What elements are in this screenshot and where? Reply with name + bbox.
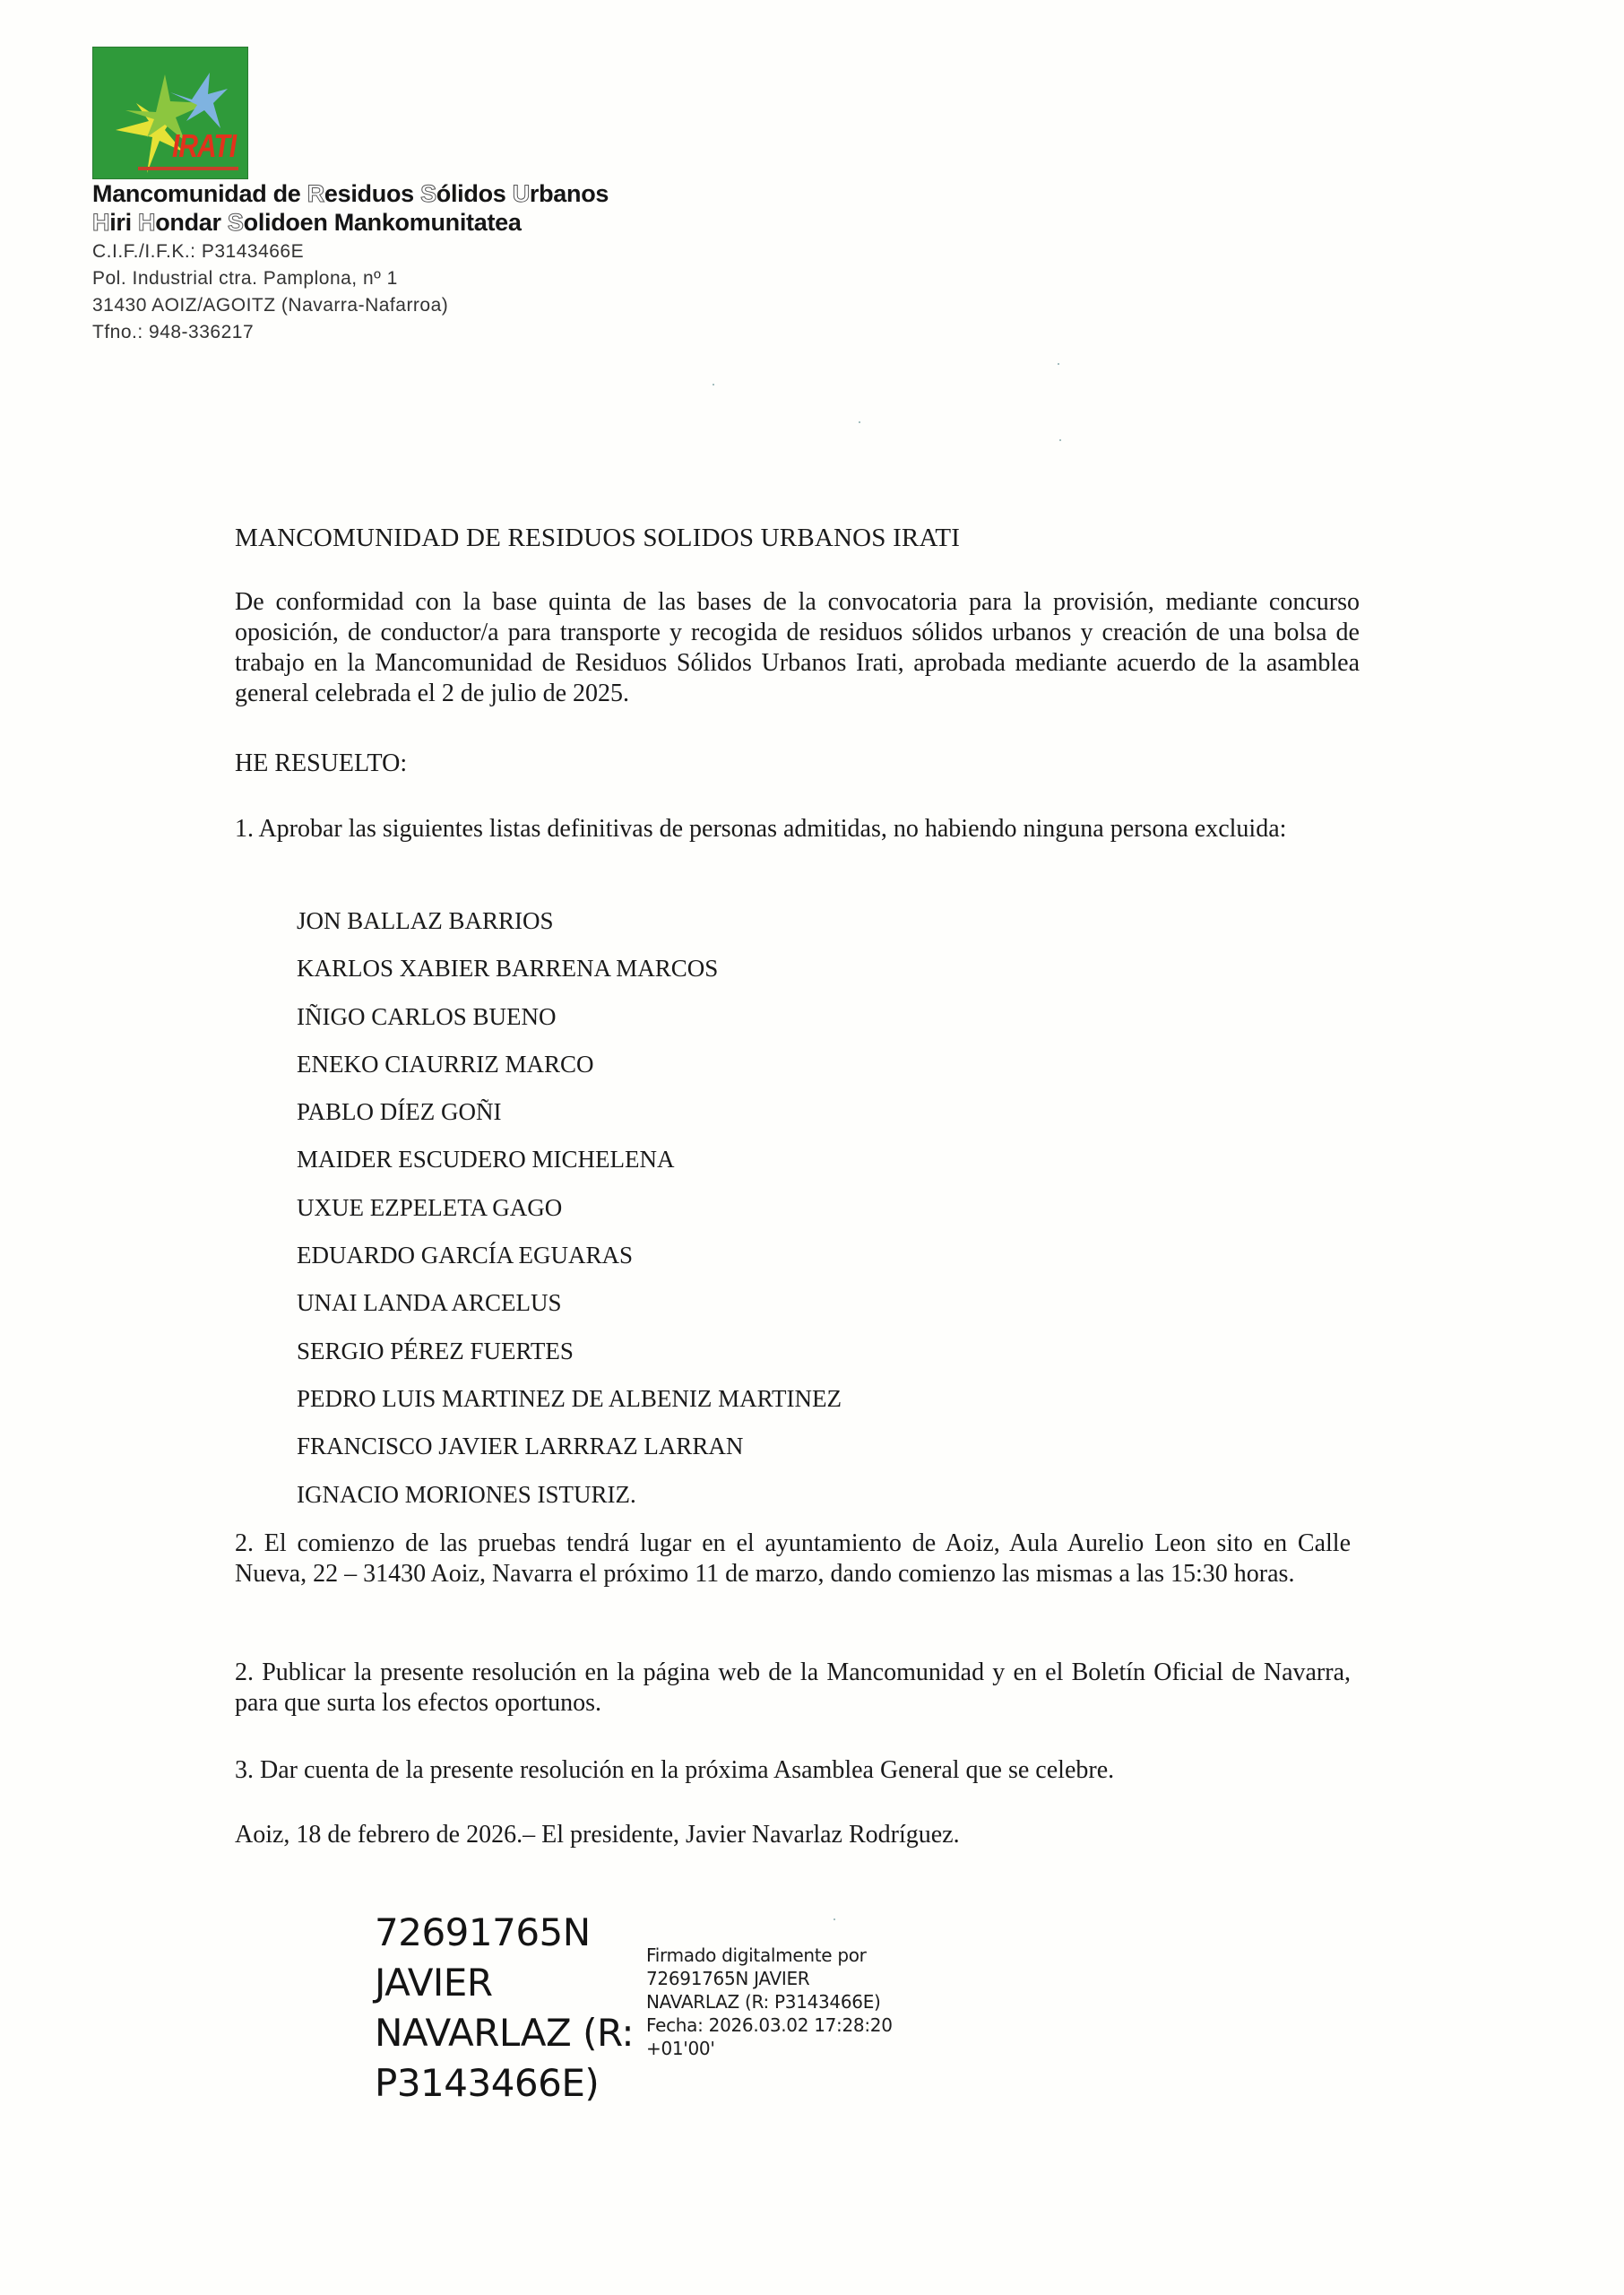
list-item: UXUE EZPELETA GAGO — [297, 1192, 842, 1240]
scan-speck — [1058, 363, 1059, 365]
admitted-list: JON BALLAZ BARRIOS KARLOS XABIER BARRENA… — [297, 905, 842, 1527]
list-item: MAIDER ESCUDERO MICHELENA — [297, 1144, 842, 1191]
list-item: PEDRO LUIS MARTINEZ DE ALBENIZ MARTINEZ — [297, 1383, 842, 1431]
list-item: IÑIGO CARLOS BUENO — [297, 1001, 842, 1049]
scan-speck — [834, 1918, 835, 1920]
list-item: ENEKO CIAURRIZ MARCO — [297, 1049, 842, 1096]
logo-subtitle-bar — [138, 167, 238, 170]
list-item: IGNACIO MORIONES ISTURIZ. — [297, 1479, 842, 1527]
item-2-tests-paragraph: 2. El comienzo de las pruebas tendrá lug… — [235, 1529, 1351, 1589]
scan-speck — [859, 421, 860, 423]
irati-logo: IRATI — [92, 47, 248, 179]
digital-signature-name: 72691765N JAVIER NAVARLAZ (R: P3143466E) — [375, 1908, 634, 2109]
digital-signature-details: Firmado digitalmente por 72691765N JAVIE… — [646, 1944, 893, 2060]
org-name-eu: Hiri Hondar Solidoen Mankomunitatea — [92, 208, 609, 237]
org-address-line1: Pol. Industrial ctra. Pamplona, nº 1 — [92, 265, 609, 292]
list-item: UNAI LANDA ARCELUS — [297, 1287, 842, 1335]
item-3-paragraph: 3. Dar cuenta de la presente resolución … — [235, 1755, 1364, 1786]
list-item: EDUARDO GARCÍA EGUARAS — [297, 1240, 842, 1287]
list-item: FRANCISCO JAVIER LARRRAZ LARRAN — [297, 1431, 842, 1478]
org-cif: C.I.F./I.F.K.: P3143466E — [92, 238, 609, 265]
item-1-paragraph: 1. Aprobar las siguientes listas definit… — [235, 814, 1310, 844]
resolved-heading: HE RESUELTO: — [235, 749, 1364, 779]
closing-line: Aoiz, 18 de febrero de 2026.– El preside… — [235, 1820, 1364, 1850]
org-phone: Tfno.: 948-336217 — [92, 319, 609, 346]
document-title: MANCOMUNIDAD DE RESIDUOS SOLIDOS URBANOS… — [235, 523, 1364, 553]
org-name-es: Mancomunidad de Residuos Sólidos Urbanos — [92, 179, 609, 208]
org-header: Mancomunidad de Residuos Sólidos Urbanos… — [92, 179, 609, 346]
scan-speck — [1059, 439, 1061, 441]
list-item: SERGIO PÉREZ FUERTES — [297, 1336, 842, 1383]
list-item: PABLO DÍEZ GOÑI — [297, 1096, 842, 1144]
list-item: KARLOS XABIER BARRENA MARCOS — [297, 953, 842, 1000]
logo-brand-text: IRATI — [172, 129, 236, 166]
org-address-line2: 31430 AOIZ/AGOITZ (Navarra-Nafarroa) — [92, 292, 609, 319]
intro-paragraph: De conformidad con la base quinta de las… — [235, 587, 1360, 709]
scan-speck — [713, 384, 714, 385]
item-2-publish-paragraph: 2. Publicar la presente resolución en la… — [235, 1658, 1351, 1719]
list-item: JON BALLAZ BARRIOS — [297, 905, 842, 953]
